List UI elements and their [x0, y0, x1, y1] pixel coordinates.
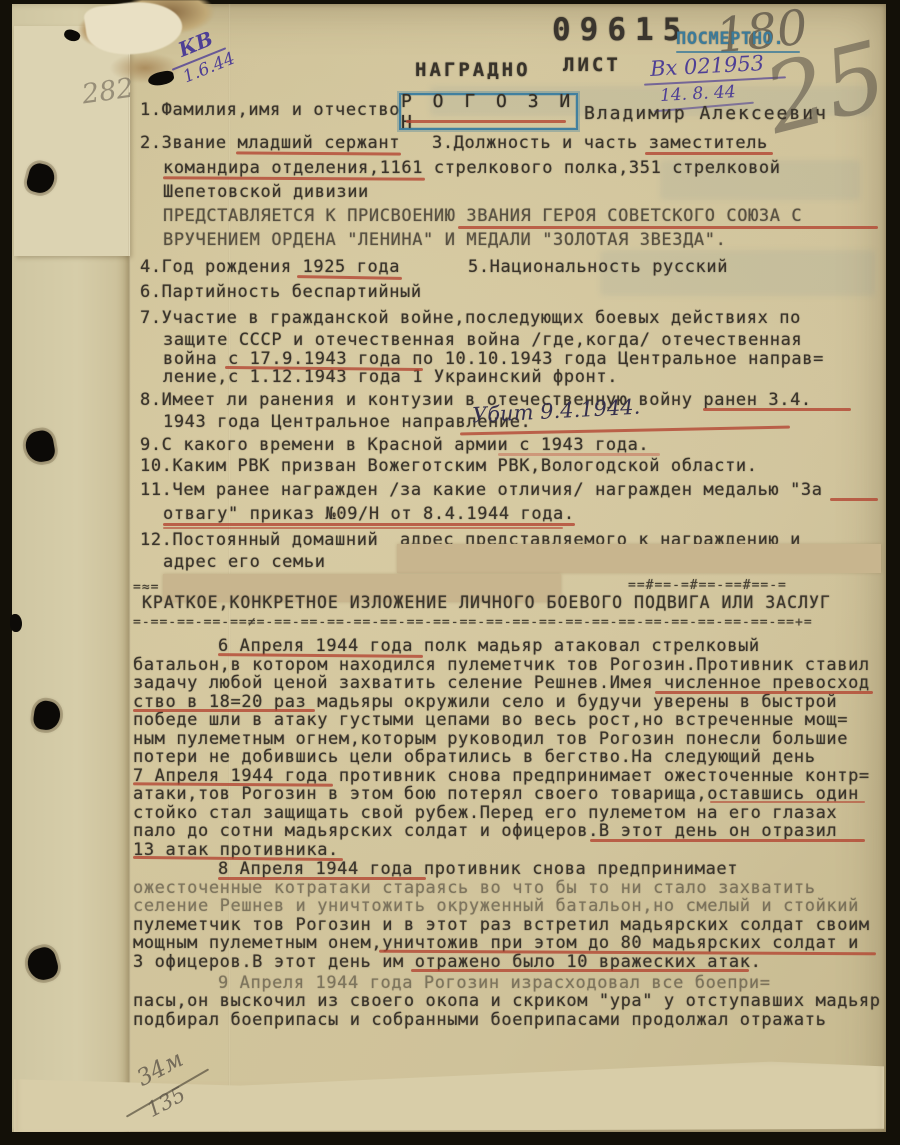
- red-underline: [411, 969, 749, 972]
- red-underline: [645, 152, 773, 155]
- citation-line: 9 Апреля 1944 года Рогозин израсходовал …: [218, 974, 771, 993]
- red-underline: [830, 498, 878, 501]
- document-title-word1: НАГРАДНО: [415, 59, 531, 81]
- citation-line: ным пулеметным огнем,которым руководил т…: [133, 730, 848, 749]
- field-3-cont: Шепетовской дивизии: [163, 183, 369, 202]
- citation-line: батальон,в котором находился пулеметчик …: [133, 656, 870, 675]
- citation-header: КРАТКОЕ,КОНКРЕТНОЕ ИЗЛОЖЕНИЕ ЛИЧНОГО БОЕ…: [142, 593, 831, 612]
- field-3-cont: командира отделения,1161 стрелкового пол…: [163, 159, 781, 178]
- red-underline: [710, 801, 865, 803]
- citation-line: селение Решнев и уничтожить окруженный б…: [133, 897, 859, 916]
- paper-hole: [10, 614, 22, 632]
- scanned-award-sheet: 09615 180 ПОСМЕРТНО. НАГРАДНО ЛИСТ Вх 02…: [0, 0, 900, 1145]
- citation-line: пало до сотни мадьярских солдат и офицер…: [133, 822, 837, 841]
- field-11-line: 11.Чем ранее награжден /за какие отличия…: [140, 481, 823, 500]
- red-underline: [590, 839, 865, 842]
- red-underline: [163, 523, 575, 526]
- nomination-line: ВРУЧЕНИЕМ ОРДЕНА "ЛЕНИНА" И МЕДАЛИ "ЗОЛО…: [163, 231, 726, 250]
- red-underline: [163, 527, 563, 529]
- surname: Р О Г О З И Н: [401, 91, 576, 133]
- field-7-line: ление,с 1.12.1943 года 1 Украинский фрон…: [163, 368, 618, 387]
- field-9: 9.С какого времени в Красной армии с 194…: [140, 436, 649, 455]
- document-title-word2: ЛИСТ: [563, 54, 621, 76]
- citation-line: пулеметчик тов Рогозин и в этот раз встр…: [133, 916, 870, 935]
- citation-line: потери не добившись цели обратились в бе…: [133, 748, 816, 767]
- separator-marks: =-==-==-==-==≠=-==-==-==-==-==-==-==-==-…: [133, 615, 885, 630]
- redaction-block: [397, 544, 881, 573]
- red-underline: [458, 226, 878, 229]
- red-underline: [218, 877, 426, 880]
- citation-line: победе шли в атаку густыми цепами во вес…: [133, 711, 848, 730]
- field-7-line: защите СССР и отечественная война /где,к…: [163, 331, 802, 350]
- field-11-line: отвагу" приказ №09/Н от 8.4.1944 года.: [163, 505, 575, 524]
- citation-line: стойко стал защищать свой рубеж.Перед ег…: [133, 804, 837, 823]
- red-underline: [406, 120, 566, 123]
- given-names: Владимир Алексеевич: [584, 104, 828, 124]
- field-10: 10.Каким РВК призван Вожеготским РВК,Вол…: [140, 457, 758, 476]
- separator-marks: ==#==-=#==-==#==-=: [628, 578, 787, 593]
- field-2-rank: 2.Звание младший сержант: [140, 134, 400, 153]
- field-1-label: 1.Фамилия,имя и отчество: [140, 101, 400, 120]
- field-12-line: адрес его семьи: [163, 553, 326, 572]
- red-underline: [655, 691, 873, 694]
- registry-stamp-number: 09615: [552, 12, 690, 48]
- citation-line: 8 Апреля 1944 года противник снова предп…: [218, 860, 738, 879]
- citation-line: подбирал боеприпасы и собранными боеприп…: [133, 1011, 826, 1030]
- field-5-nationality: 5.Национальность русский: [468, 258, 728, 277]
- field-3-position: 3.Должность и часть заместитель: [432, 134, 768, 153]
- red-underline: [703, 408, 851, 411]
- field-6-party: 6.Партийность беспартийный: [140, 283, 422, 302]
- citation-line: пасы,он выскочил из своего окопа и скрик…: [133, 992, 881, 1011]
- citation-line: задачу любой ценой захватить селение Реш…: [133, 674, 870, 693]
- nomination-line: ПРЕДСТАВЛЯЕТСЯ К ПРИСВОЕНИЮ ЗВАНИЯ ГЕРОЯ…: [163, 207, 802, 226]
- field-4-birth: 4.Год рождения 1925 года: [140, 258, 400, 277]
- red-underline: [498, 453, 660, 456]
- red-underline: [133, 709, 315, 712]
- citation-line: ожесточенные котратаки стараясь во что б…: [133, 879, 816, 898]
- field-7-line: 7.Участие в гражданской войне,последующи…: [140, 309, 801, 328]
- surname-box: Р О Г О З И Н: [399, 93, 578, 130]
- fold-crease: [128, 4, 131, 1132]
